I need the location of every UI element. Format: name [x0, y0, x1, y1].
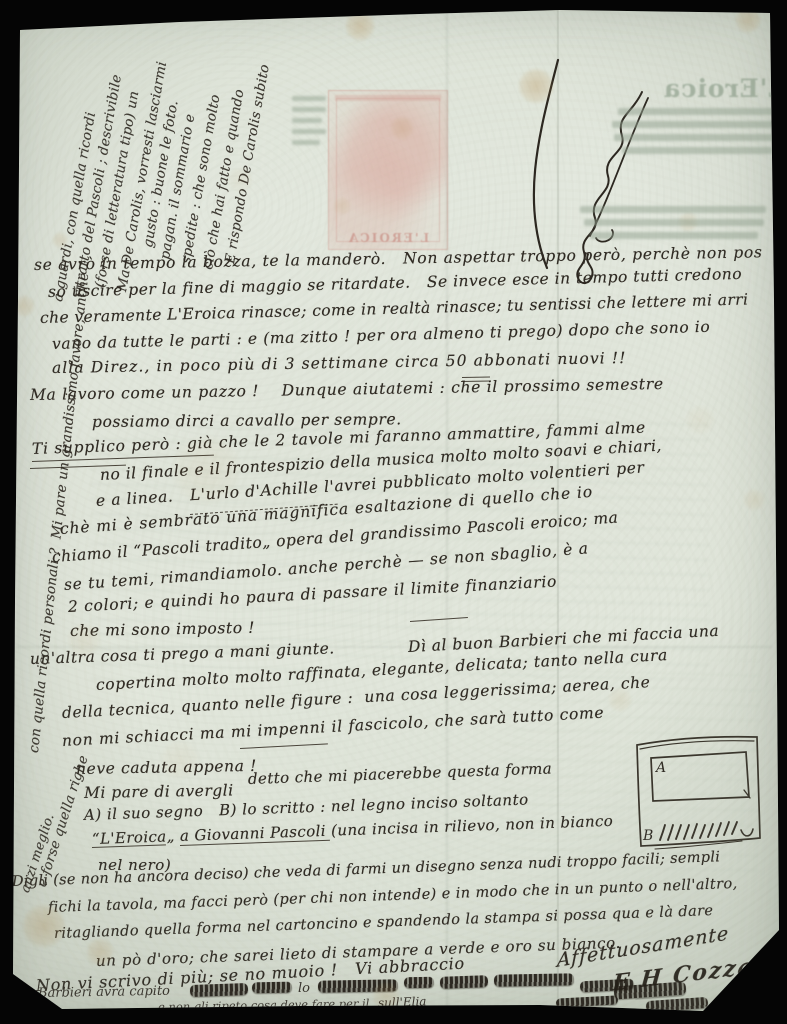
showthrough-print-line	[584, 219, 764, 226]
handwriting-line: un'altra cosa ti prego a mani giunte.	[30, 639, 335, 668]
scribbled-out-text	[494, 973, 574, 986]
handwriting-line: Mi pare di avergli	[84, 781, 234, 802]
showthrough-emblem-border	[336, 98, 440, 242]
showthrough-print-line	[614, 134, 782, 141]
handwriting-line: neve caduta appena !	[76, 757, 257, 778]
paper-stain	[13, 295, 35, 317]
showthrough-print-line	[292, 96, 326, 101]
scribbled-out-text	[440, 975, 488, 989]
showthrough-print-line	[590, 232, 758, 239]
paper-stain	[678, 212, 698, 232]
handwriting-line: detto che mi piacerebbe questa forma	[248, 759, 553, 788]
ink-underline	[240, 743, 328, 749]
showthrough-print-line	[292, 129, 326, 134]
sketch-label-a: A	[654, 760, 666, 776]
scribbled-out-text	[318, 979, 398, 992]
paper-stain	[685, 405, 715, 435]
showthrough-print-line	[292, 140, 320, 145]
sketch-label-b: B	[642, 828, 653, 844]
ink-underline	[376, 1009, 434, 1012]
postscript-underlined-word: sull'Elia	[378, 994, 427, 1010]
ink-underline	[410, 617, 468, 622]
scanned-letter-photo: L'EROICA L'Eroica	[0, 0, 787, 1024]
postscript-subline: e non gli ripeto cosa deve fare per il	[158, 996, 370, 1014]
showthrough-print-line	[622, 147, 772, 154]
handwriting-line: alla Direz., in poco più di 3 settimane …	[52, 349, 627, 377]
letter-page: L'EROICA L'Eroica	[0, 0, 787, 1024]
showthrough-print-line	[618, 108, 776, 115]
scribbled-out-text	[404, 977, 434, 989]
showthrough-print-line	[580, 206, 766, 213]
scribbled-out-text	[556, 995, 618, 1007]
handwriting-line: che mi sono imposto !	[70, 619, 255, 640]
showthrough-emblem-caption: L'EROICA	[329, 231, 447, 245]
showthrough-print-line	[612, 121, 780, 128]
showthrough-masthead: L'Eroica	[646, 74, 786, 103]
showthrough-print-line	[292, 107, 326, 112]
scribbled-out-text	[252, 982, 292, 994]
scribbled-out-text	[646, 997, 709, 1012]
postscript-word: lo	[298, 981, 310, 996]
scribbled-out-text	[190, 983, 248, 997]
showthrough-print-line	[292, 118, 322, 123]
paper-stain	[345, 11, 375, 41]
paper-stain	[743, 489, 765, 511]
handwriting-line: Ma lavoro come un pazzo ! Dunque aiutate…	[30, 375, 664, 404]
paper-stain	[735, 7, 761, 33]
paper-stain	[518, 68, 554, 104]
showthrough-emblem: L'EROICA	[328, 90, 448, 250]
